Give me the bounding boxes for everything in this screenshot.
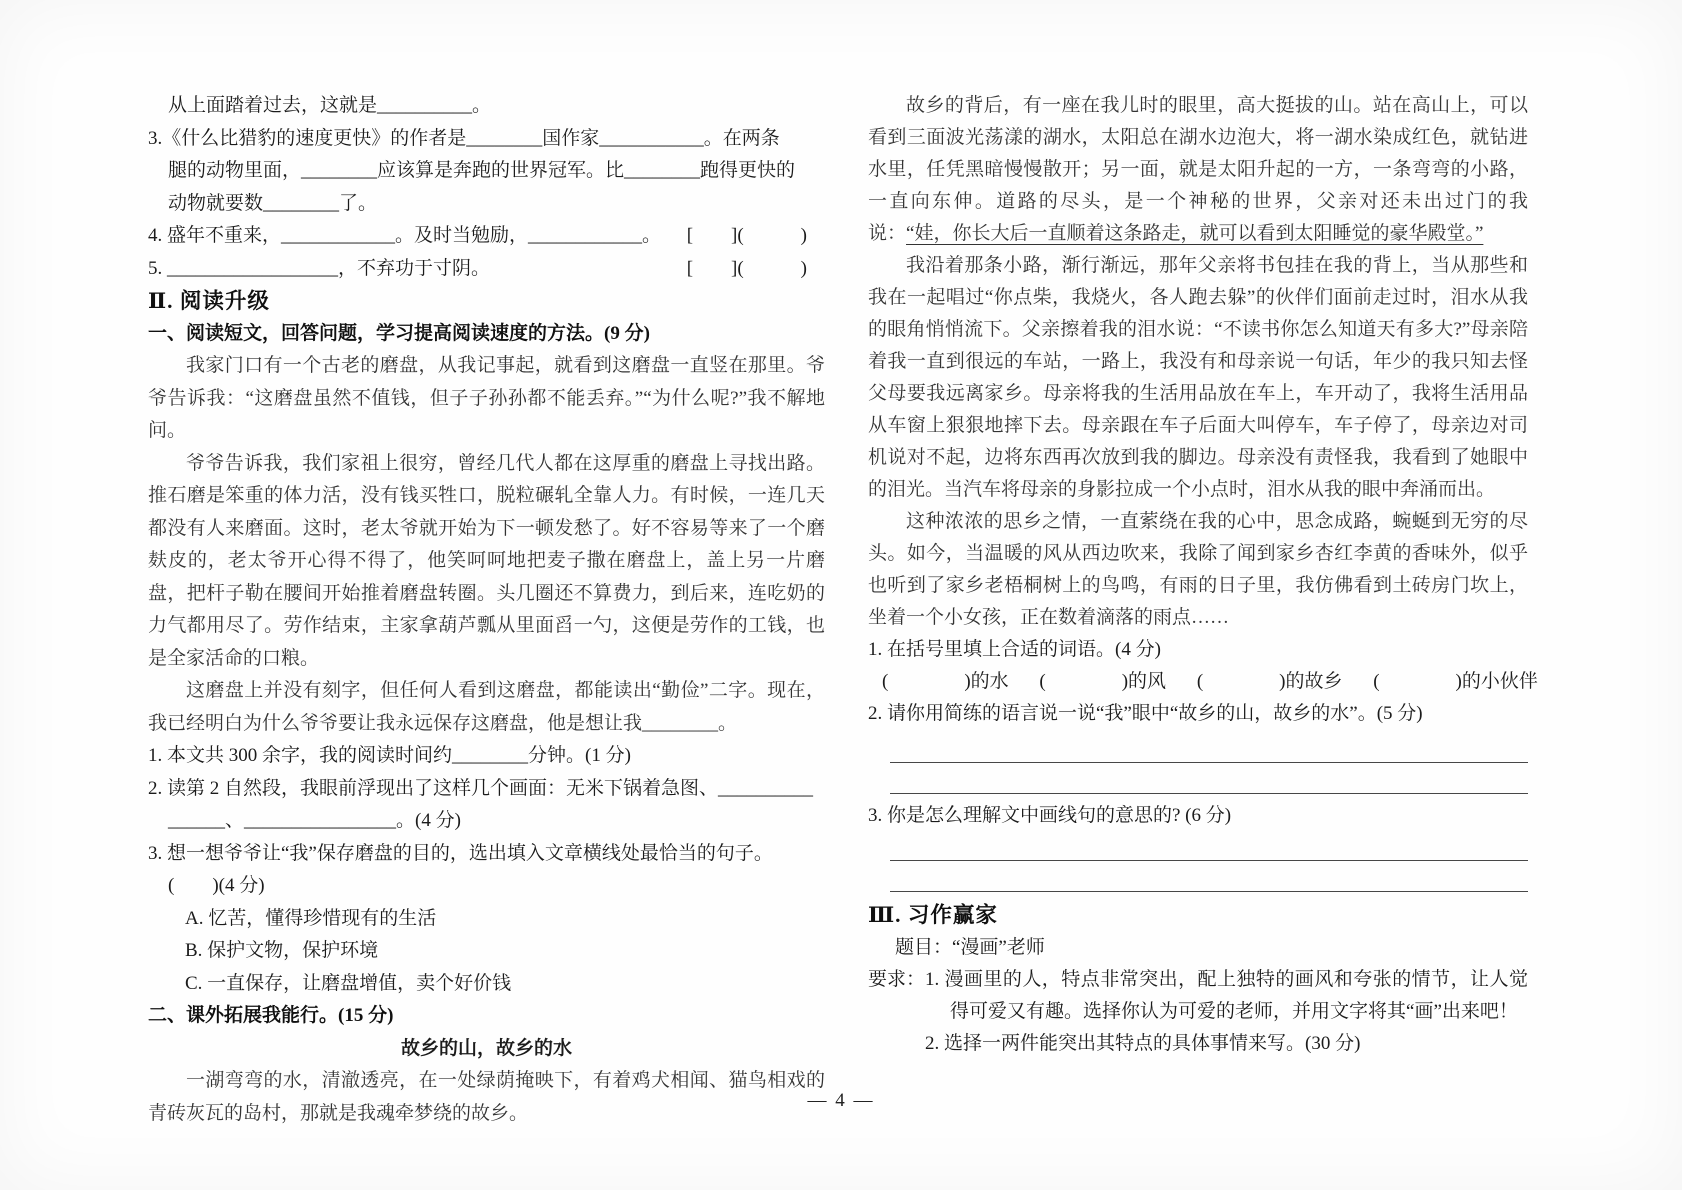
essay-title: 故乡的山，故乡的水 [148,1033,825,1066]
score-brackets: [ ]( ) [687,253,825,286]
passage-paragraph: 我家门口有一个古老的磨盘，从我记事起，就看到这磨盘一直竖在那里。爷爷告诉我：“这… [148,350,825,448]
blank-water: ( )的水 [882,671,1009,692]
blank-wind: ( )的风 [1039,671,1166,692]
page-number: — 4 — [0,1090,1682,1112]
composition-title: 题目：“漫画”老师 [868,932,1528,964]
passage-paragraph: 爷爷告诉我，我们家祖上很穷，曾经几代人都在这厚重的磨盘上寻找出路。推石磨是笨重的… [148,448,825,676]
reading1-question-2: 2. 读第 2 自然段，我眼前浮现出了这样几个画面：无米下锅着急图、______… [148,773,825,838]
question-5-poem: 5. __________________，不弃功于寸阴。 [ ]( ) [148,253,825,286]
paragraph-text: 故乡的背后，有一座在我儿时的眼里，高大挺拔的山。站在高山上，可以看到三面波光荡漾… [868,95,1528,244]
answer-line [890,832,1528,861]
reading2-question-2: 2. 请你用简练的语言说一说“我”眼中“故乡的山，故乡的水”。(5 分) [868,698,1528,730]
fill-in-blanks-row: ( )的水 ( )的风 ( )的故乡 ( )的小伙伴 [868,666,1528,698]
answer-line [890,861,1528,892]
right-column: 故乡的背后，有一座在我儿时的眼里，高大挺拔的山。站在高山上，可以看到三面波光荡漾… [868,90,1528,1060]
composition-requirements: 要求： 1. 漫画里的人，特点非常突出，配上独特的画风和夸张的情节，让人觉得可爱… [868,964,1528,1060]
answer-line [890,730,1528,763]
question-text: 5. __________________，不弃功于寸阴。 [148,253,490,286]
question-line: ( )(4 分) [148,870,825,903]
reading-task-2-heading: 二、课外拓展我能行。(15 分) [148,1000,825,1033]
answer-line [890,763,1528,794]
question-line: 2. 读第 2 自然段，我眼前浮现出了这样几个画面：无米下锅着急图、______… [148,773,825,806]
left-column: 从上面踏着过去，这就是__________。 3.《什么比猎豹的速度更快》的作者… [148,90,825,1130]
section-heading-reading: Ⅱ. 阅读升级 [148,285,825,318]
question-text: 4. 盛年不重来，____________。及时当勉励，____________… [148,220,661,253]
question-line: 3. 想一想爷爷让“我”保存磨盘的目的，选出填入文章横线处最恰当的句子。 [148,838,825,871]
underlined-sentence: “娃，你长大后一直顺着这条路走，就可以看到太阳睡觉的豪华殿堂。” [906,223,1483,244]
question-line: 3.《什么比猎豹的速度更快》的作者是________国作家___________… [148,123,825,156]
score-brackets: [ ]( ) [687,220,825,253]
option-b: B. 保护文物，保护环境 [148,935,825,968]
reading-task-1-heading: 一、阅读短文，回答问题，学习提高阅读速度的方法。(9 分) [148,318,825,351]
requirements-label: 要求： [868,964,925,1060]
passage-paragraph: 这种浓浓的思乡之情，一直萦绕在我的心中，思念成路，蜿蜒到无穷的尽头。如今，当温暖… [868,506,1528,634]
blank-hometown: ( )的故乡 [1197,671,1343,692]
question-line: ______、________________。(4 分) [148,805,825,838]
requirement-item: 2. 选择一两件能突出其特点的具体事情来写。(30 分) [925,1028,1528,1060]
option-a: A. 忆苦，懂得珍惜现有的生活 [148,903,825,936]
multiple-choice-options: A. 忆苦，懂得珍惜现有的生活 B. 保护文物，保护环境 C. 一直保存，让磨盘… [148,903,825,1001]
reading2-question-3: 3. 你是怎么理解文中画线句的意思的? (6 分) [868,800,1528,832]
passage-paragraph: 这磨盘上并没有刻字，但任何人看到这磨盘，都能读出“勤俭”二字。现在，我已经明白为… [148,675,825,740]
question-4-poem: 4. 盛年不重来，____________。及时当勉励，____________… [148,220,825,253]
passage-paragraph: 故乡的背后，有一座在我儿时的眼里，高大挺拔的山。站在高山上，可以看到三面波光荡漾… [868,90,1528,250]
requirements-list: 1. 漫画里的人，特点非常突出，配上独特的画风和夸张的情节，让人觉得可爱又有趣。… [925,964,1528,1060]
requirement-item: 1. 漫画里的人，特点非常突出，配上独特的画风和夸张的情节，让人觉得可爱又有趣。… [925,964,1528,1028]
passage-paragraph: 我沿着那条小路，渐行渐远，那年父亲将书包挂在我的背上，当从那些和我在一起唱过“你… [868,250,1528,506]
blank-friends: ( )的小伙伴 [1373,671,1538,692]
question-line: 动物就要数________了。 [148,188,825,221]
section-heading-composition: Ⅲ. 习作赢家 [868,898,1528,932]
reading1-question-1: 1. 本文共 300 余字，我的阅读时间约________分钟。(1 分) [148,740,825,773]
reading2-question-1: 1. 在括号里填上合适的词语。(4 分) [868,634,1528,666]
fill-in-continuation-line: 从上面踏着过去，这就是__________。 [148,90,825,123]
option-c: C. 一直保存，让磨盘增值，卖个好价钱 [148,968,825,1001]
question-3-cheetah: 3.《什么比猎豹的速度更快》的作者是________国作家___________… [148,123,825,221]
reading1-question-3: 3. 想一想爷爷让“我”保存磨盘的目的，选出填入文章横线处最恰当的句子。 ( )… [148,838,825,903]
exam-page: 从上面踏着过去，这就是__________。 3.《什么比猎豹的速度更快》的作者… [0,0,1682,1190]
question-line: 腿的动物里面，________应该算是奔跑的世界冠军。比________跑得更快… [148,155,825,188]
